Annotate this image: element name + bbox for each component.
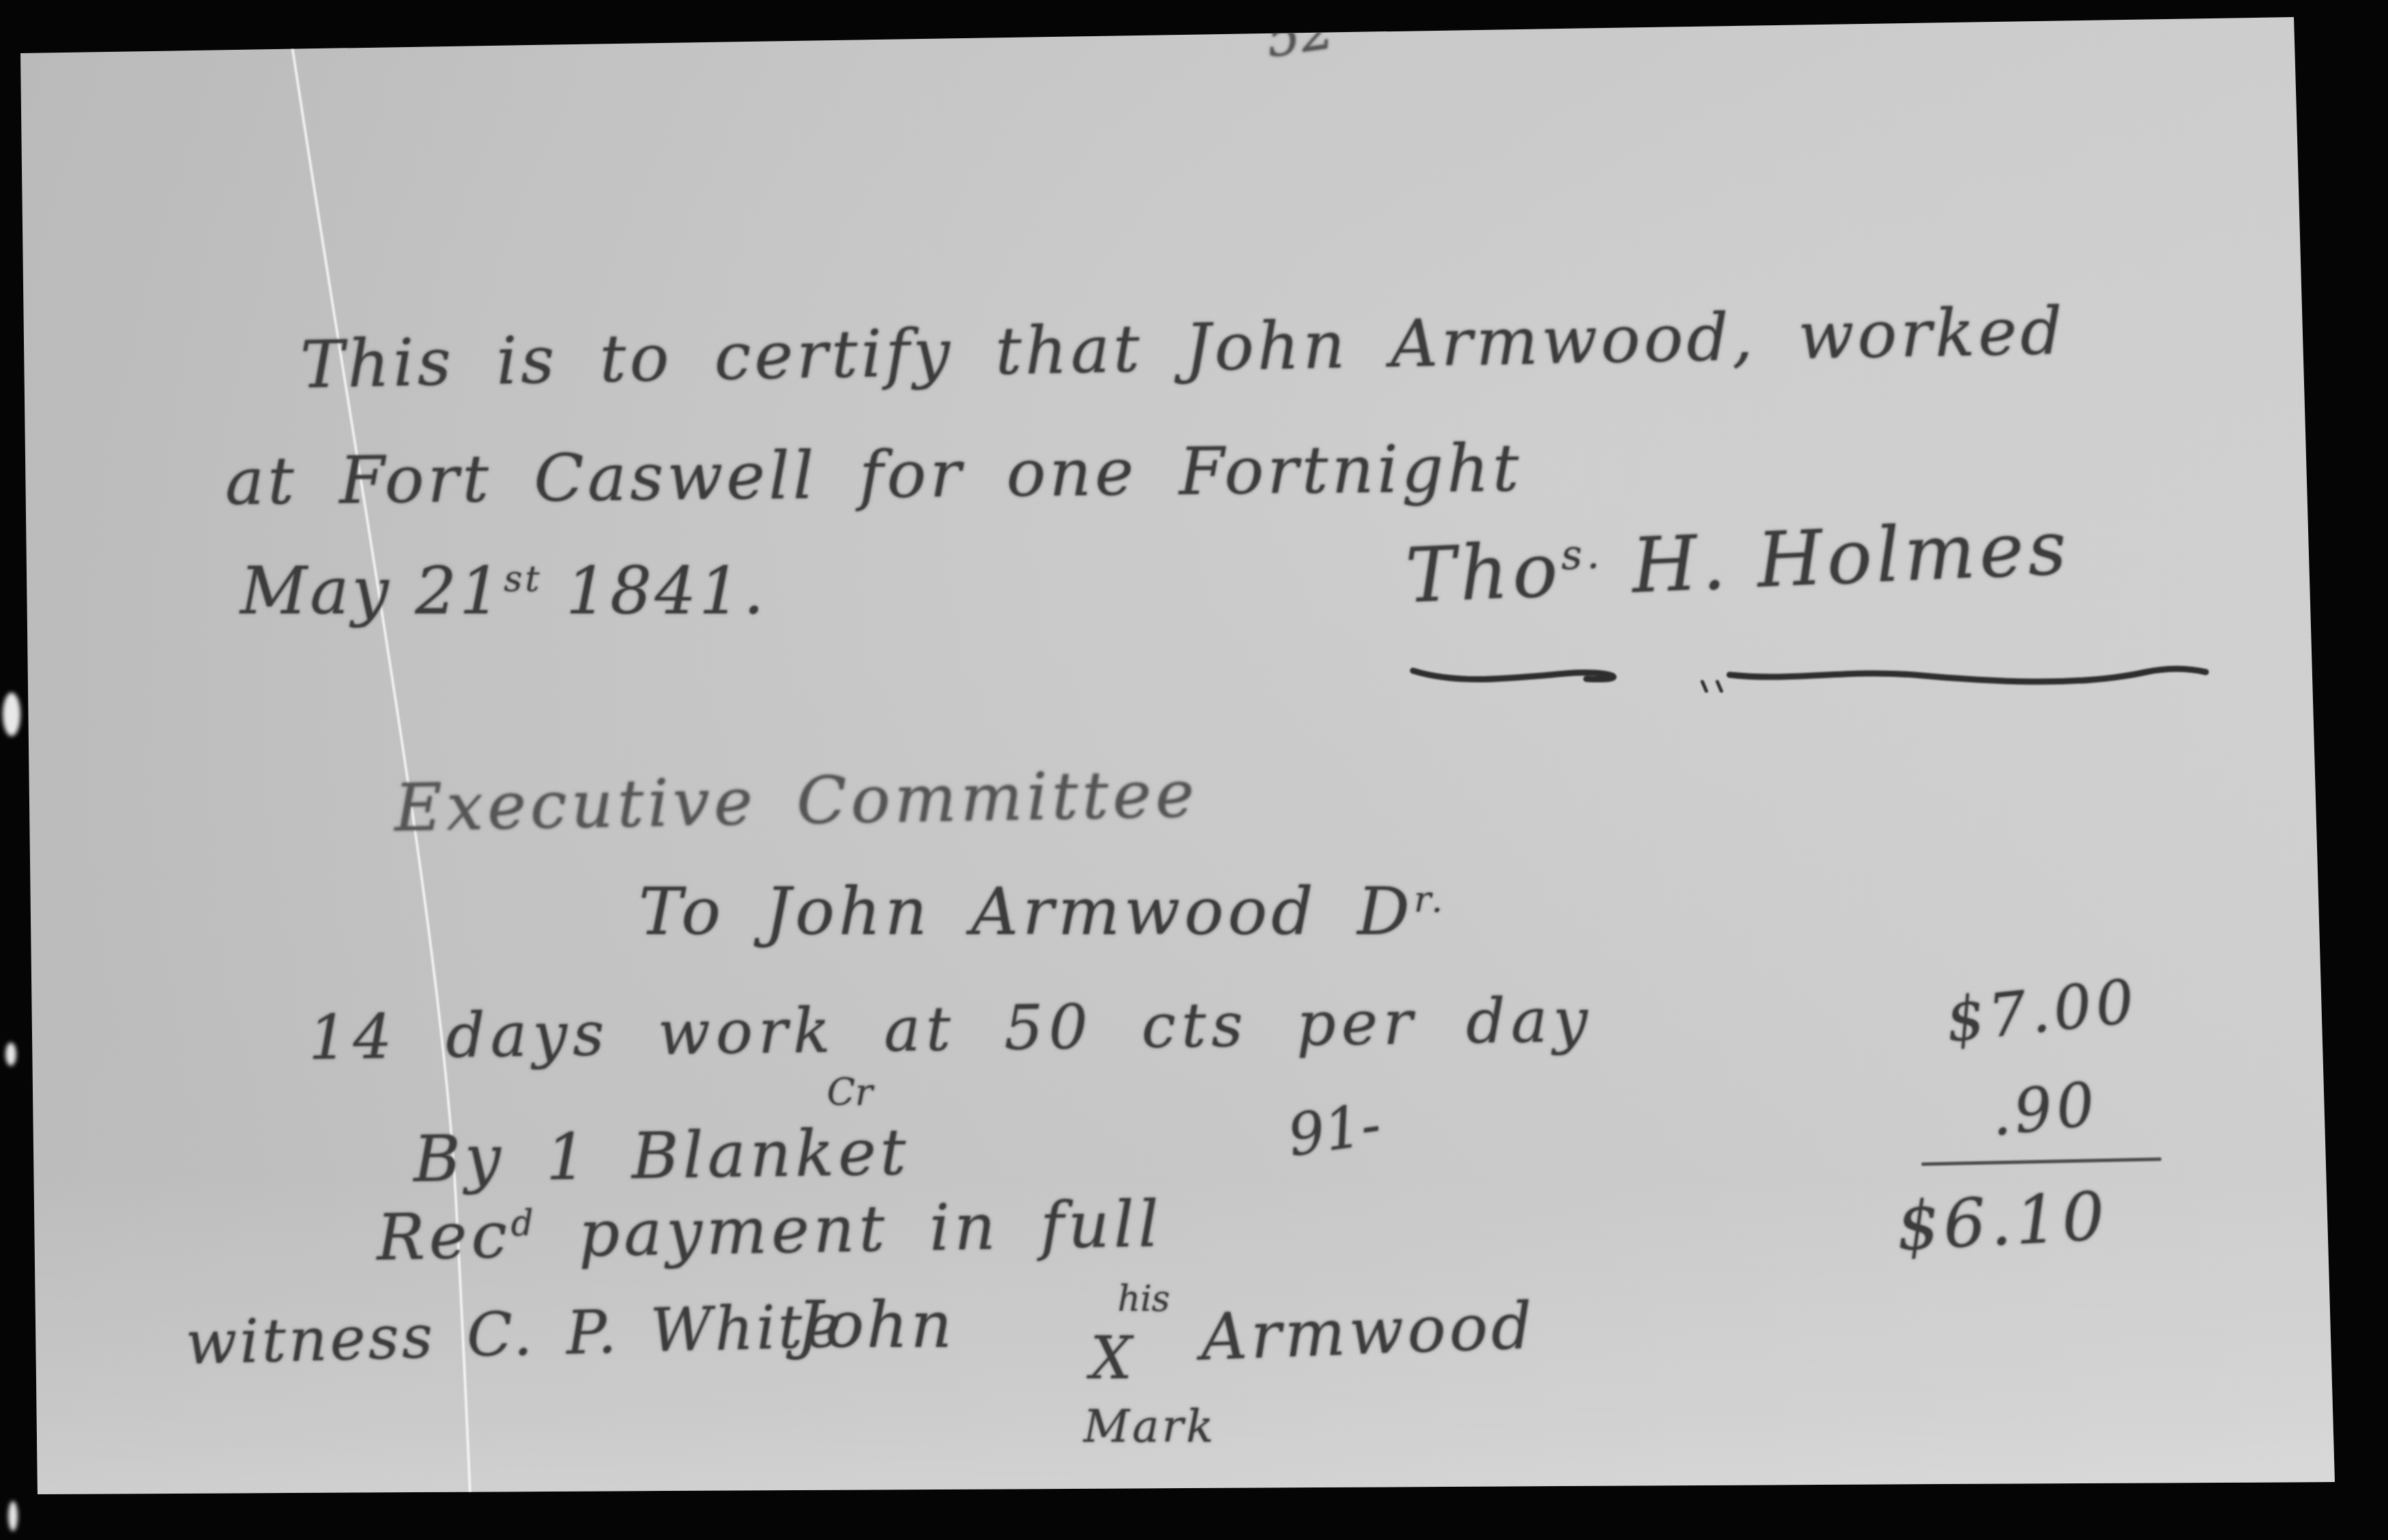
credit-amount: .90 xyxy=(1988,1074,2101,1145)
signature-prefix: Tho xyxy=(1404,525,1564,620)
credit-price: 91- xyxy=(1285,1095,1384,1165)
paper-sheet: 52 This is to certify that John Armwood,… xyxy=(0,0,2388,1540)
scan-artifact-dot xyxy=(3,693,20,736)
signature-superscript: s. xyxy=(1560,530,1604,580)
account-debtor-line: To John Armwood Dr. xyxy=(639,879,1447,944)
total-amount: $6.10 xyxy=(1895,1183,2110,1261)
signer-last-name: Armwood xyxy=(1200,1294,1537,1370)
account-heading: Executive Committee xyxy=(394,761,1199,841)
debit-description: 14 days work at 50 cts per day xyxy=(308,990,1593,1069)
signer-first-name: John xyxy=(797,1294,955,1358)
certificate-date: May 21st 1841. xyxy=(240,558,767,624)
signature-flourish xyxy=(1409,652,2214,693)
date-year: 1841. xyxy=(542,553,767,629)
credit-marker: Cr xyxy=(827,1074,873,1111)
debtor-name: To John Armwood xyxy=(639,873,1357,950)
mark-label: Mark xyxy=(1083,1404,1216,1449)
credit-description: By 1 Blanket xyxy=(413,1121,910,1192)
debtor-abbrev-superscript: r. xyxy=(1414,879,1446,920)
received-line: Recd payment in full xyxy=(376,1193,1163,1270)
page-number-annotation: 52 xyxy=(1263,3,1337,66)
x-mark: X xyxy=(1090,1329,1132,1388)
received-superscript: d xyxy=(510,1203,538,1245)
scan-artifact-dot xyxy=(5,1043,16,1066)
date-day: May 21 xyxy=(240,553,504,629)
debtor-abbrev: D xyxy=(1357,873,1414,950)
witness-line: witness C. P. White xyxy=(185,1296,844,1373)
date-ordinal-superscript: st xyxy=(504,558,542,600)
certificate-line-2: at Fort Caswell for one Fortnight xyxy=(225,435,1523,514)
scan-artifact-dot xyxy=(8,1501,18,1531)
received-prefix: Rec xyxy=(376,1199,512,1275)
received-rest: payment in full xyxy=(537,1187,1163,1273)
his-label: his xyxy=(1118,1281,1170,1317)
scanned-document: 52 This is to certify that John Armwood,… xyxy=(0,0,2388,1540)
